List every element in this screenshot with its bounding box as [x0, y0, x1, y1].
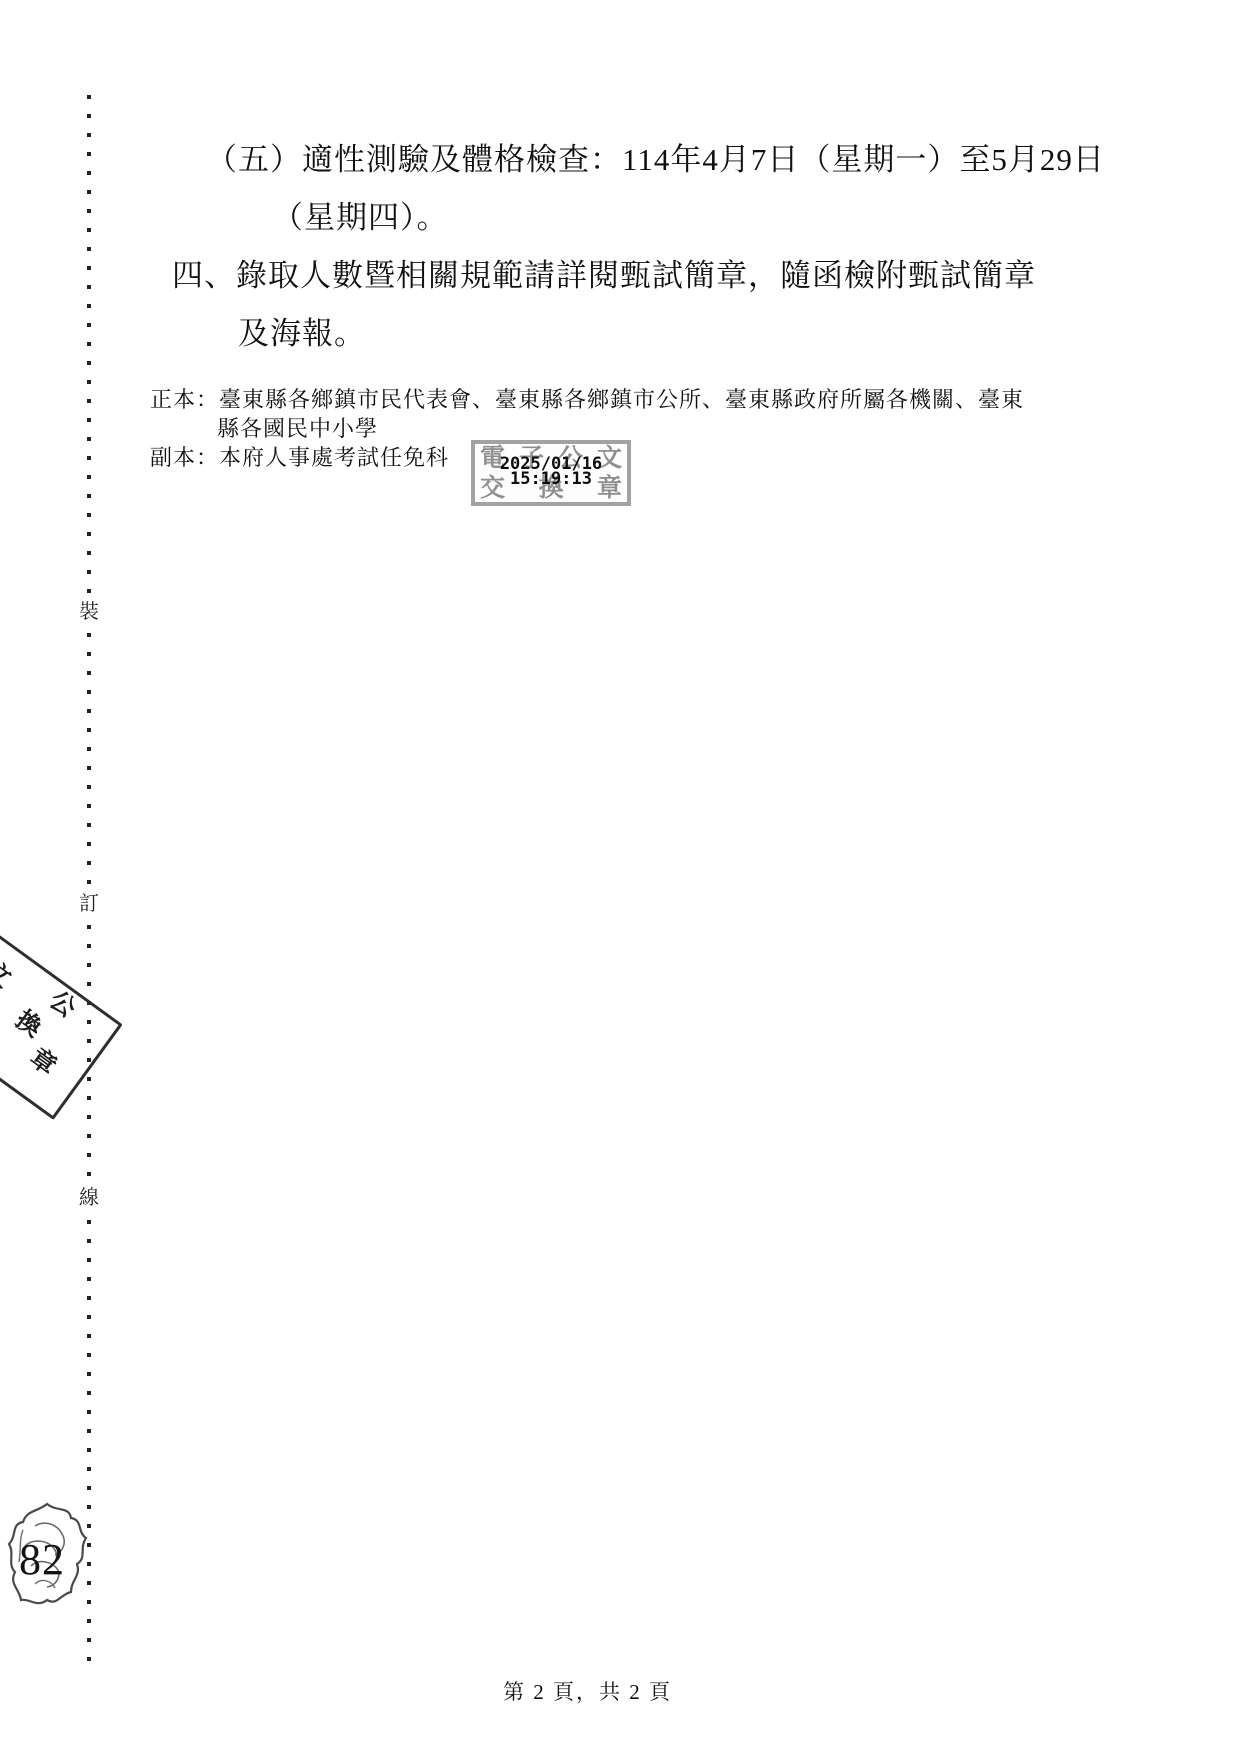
copy-label: 副本： [150, 445, 219, 470]
original-recipients-text: 臺東縣各鄉鎮市民代表會、臺東縣各鄉鎮市公所、臺東縣政府所屬各機關、臺東 [219, 387, 1024, 412]
binding-dotted-line-segment-2 [87, 633, 91, 890]
electronic-exchange-stamp: 電 子 公 文 交 換 章 2025/01/16 15:19:13 [471, 440, 631, 506]
cross-page-seal-stamp: 公 文 換 縫 章 [0, 914, 123, 1120]
stamp-time: 15:19:13 [475, 471, 627, 488]
page-number-seal: 82 [5, 1500, 89, 1616]
original-recipients-continuation: 縣各國民中小學 [217, 416, 378, 442]
page-footer: 第 2 頁，共 2 頁 [503, 1676, 672, 1706]
body-line-3: 四、錄取人數暨相關規範請詳閱甄試簡章，隨函檢附甄試簡章 [172, 257, 1036, 294]
body-line-4: 及海報。 [238, 315, 366, 352]
binding-label-ding: 訂 [76, 894, 102, 914]
binding-dotted-line-segment-1 [87, 95, 91, 597]
copy-recipients-text: 本府人事處考試任免科 [219, 445, 449, 470]
body-line-1: （五）適性測驗及體格檢查：114年4月7日（星期一）至5月29日 [206, 141, 1105, 178]
seal-char: 換 [11, 1007, 46, 1042]
binding-label-zhuang: 裝 [76, 602, 102, 622]
original-label: 正本： [150, 387, 219, 412]
seal-char: 章 [25, 1045, 60, 1080]
body-line-2: （星期四）。 [272, 199, 449, 236]
seal-char: 公 [45, 987, 80, 1022]
original-recipients-line: 正本：臺東縣各鄉鎮市民代表會、臺東縣各鄉鎮市公所、臺東縣政府所屬各機關、臺東 [150, 387, 1024, 413]
binding-label-xian: 線 [76, 1188, 102, 1208]
page-number-82: 82 [19, 1534, 65, 1585]
document-page: 裝 訂 線 公 文 換 縫 章 82 （五）適性測驗及體格檢查：114年4月7日… [0, 0, 1241, 1754]
seal-char: 文 [0, 957, 15, 992]
copy-recipients-line: 副本：本府人事處考試任免科 [150, 445, 449, 471]
